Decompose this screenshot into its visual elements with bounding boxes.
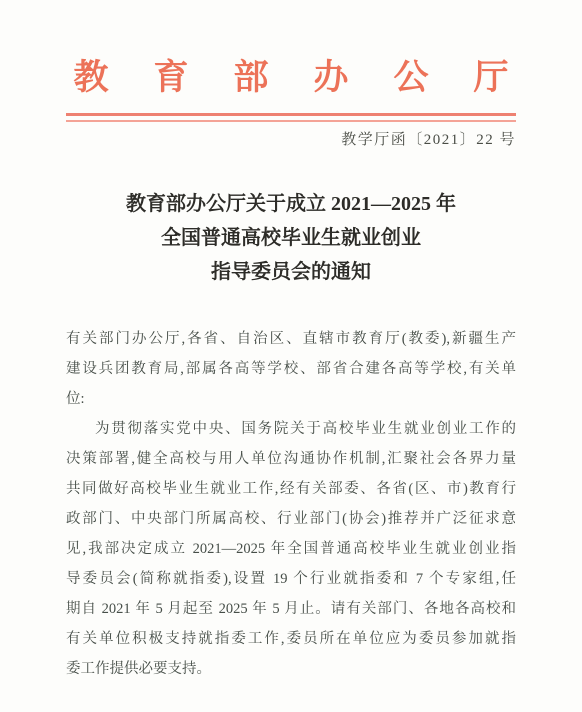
paragraph-line: 政部门、中央部门所属高校、行业部门(协会)推荐并广泛征求意 (66, 504, 516, 534)
masthead-divider-line (66, 113, 516, 122)
document-body: 有关部门办公厅,各省、自治区、直辖市教育厅(教委),新疆生产 建设兵团教育局,部… (66, 324, 516, 684)
scanned-document-page: 教育部办公厅 教学厅函〔2021〕22 号 教育部办公厅关于成立 2021—20… (0, 0, 582, 712)
addressee-line: 有关部门办公厅,各省、自治区、直辖市教育厅(教委),新疆生产 (66, 324, 516, 354)
document-title: 教育部办公厅关于成立 2021—2025 年 全国普通高校毕业生就业创业 指导委… (0, 187, 582, 289)
document-number: 教学厅函〔2021〕22 号 (66, 131, 516, 149)
document-title-line-1: 教育部办公厅关于成立 2021—2025 年 (0, 187, 582, 221)
addressee-line: 建设兵团教育局,部属各高等学校、部省合建各高等学校,有关单 (66, 354, 516, 384)
issuing-agency-masthead: 教育部办公厅 (0, 58, 582, 98)
paragraph-line: 委工作提供必要支持。 (66, 654, 516, 684)
paragraph-line: 为贯彻落实党中央、国务院关于高校毕业生就业创业工作的 (66, 414, 516, 444)
paragraph-line: 期自 2021 年 5 月起至 2025 年 5 月止。请有关部门、各地各高校和 (66, 594, 516, 624)
paragraph-line: 见,我部决定成立 2021—2025 年全国普通高校毕业生就业创业指 (66, 534, 516, 564)
document-title-line-2: 全国普通高校毕业生就业创业 (0, 221, 582, 255)
paragraph-line: 有关单位积极支持就指委工作,委员所在单位应为委员参加就指 (66, 624, 516, 654)
paragraph-line: 共同做好高校毕业生就业工作,经有关部委、各省(区、市)教育行 (66, 474, 516, 504)
document-title-line-3: 指导委员会的通知 (0, 255, 582, 289)
paragraph-line: 决策部署,健全高校与用人单位沟通协作机制,汇聚社会各界力量 (66, 444, 516, 474)
addressee-line: 位: (66, 384, 516, 414)
paragraph-line: 导委员会(简称就指委),设置 19 个行业就指委和 7 个专家组,任 (66, 564, 516, 594)
